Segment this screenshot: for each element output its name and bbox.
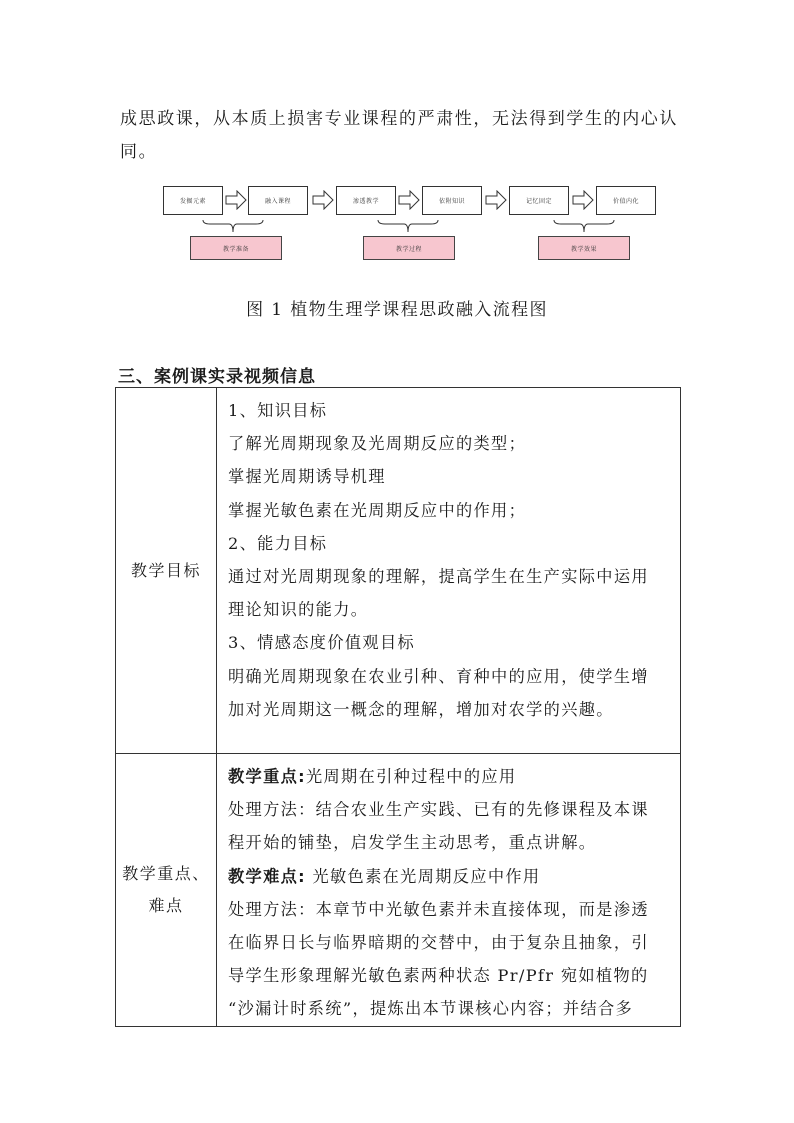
- flow-step-box: 发掘元素: [163, 186, 223, 215]
- flow-step-box: 渗透教学: [336, 186, 396, 215]
- row-content: 1、知识目标 了解光周期现象及光周期反应的类型； 掌握光周期诱导机理 掌握光敏色…: [217, 388, 681, 754]
- table-row: 教学重点、 难点 教学重点:光周期在引种过程中的应用 处理方法：结合农业生产实践…: [116, 754, 681, 1027]
- difficulty-text: 光敏色素在光周期反应中作用: [306, 867, 540, 886]
- curly-brace-icon: [553, 218, 615, 236]
- content-line: 处理方法：本章节中光敏色素并未直接体现，而是渗透: [228, 893, 674, 926]
- flow-step-box: 价值内化: [596, 186, 656, 215]
- content-line: 导学生形象理解光敏色素两种状态 Pr/Pfr 宛如植物的: [228, 959, 674, 992]
- difficulty-line: 教学难点: 光敏色素在光周期反应中作用: [228, 860, 674, 893]
- right-arrow-icon: [398, 190, 420, 210]
- content-line: 程开始的铺垫，启发学生主动思考，重点讲解。: [228, 826, 674, 859]
- content-line: “沙漏计时系统”，提炼出本节课核心内容；并结合多: [228, 992, 674, 1025]
- flow-diagram: 发掘元素 融入课程 渗透教学 依附知识 记忆固定 价值内化 教学准备 教学过程 …: [0, 0, 794, 280]
- difficulty-title: 教学难点:: [228, 867, 306, 886]
- content-line: 处理方法：结合农业生产实践、已有的先修课程及本课: [228, 793, 674, 826]
- content-line: 1、知识目标: [228, 394, 674, 427]
- right-arrow-icon: [312, 190, 334, 210]
- stage-box: 教学过程: [363, 236, 455, 260]
- row-content: 教学重点:光周期在引种过程中的应用 处理方法：结合农业生产实践、已有的先修课程及…: [217, 754, 681, 1027]
- key-point-title: 教学重点:: [228, 767, 306, 786]
- right-arrow-icon: [485, 190, 507, 210]
- row-label: 教学目标: [116, 388, 217, 754]
- right-arrow-icon: [225, 190, 247, 210]
- section-heading: 三、案例课实录视频信息: [118, 362, 316, 387]
- content-line: 理论知识的能力。: [228, 593, 674, 626]
- content-line: 掌握光敏色素在光周期反应中的作用；: [228, 494, 674, 527]
- key-point-line: 教学重点:光周期在引种过程中的应用: [228, 760, 674, 793]
- row-label: 教学重点、 难点: [116, 754, 217, 1027]
- content-line: 3、情感态度价值观目标: [228, 626, 674, 659]
- content-line: 明确光周期现象在农业引种、育种中的应用，使学生增: [228, 660, 674, 693]
- flow-step-box: 记忆固定: [509, 186, 569, 215]
- key-point-text: 光周期在引种过程中的应用: [306, 767, 516, 786]
- content-line: 2、能力目标: [228, 527, 674, 560]
- flow-step-box: 依附知识: [422, 186, 482, 215]
- content-line: 通过对光周期现象的理解，提高学生在生产实际中运用: [228, 560, 674, 593]
- content-line: 加对光周期这一概念的理解，增加对农学的兴趣。: [228, 693, 674, 726]
- curly-brace-icon: [377, 218, 439, 236]
- table-row: 教学目标 1、知识目标 了解光周期现象及光周期反应的类型； 掌握光周期诱导机理 …: [116, 388, 681, 754]
- row-label-line: 教学重点、: [116, 858, 216, 890]
- stage-box: 教学效果: [538, 236, 630, 260]
- figure-caption: 图 1 植物生理学课程思政融入流程图: [0, 295, 794, 320]
- content-line: 在临界日长与临界暗期的交替中，由于复杂且抽象，引: [228, 926, 674, 959]
- right-arrow-icon: [572, 190, 594, 210]
- lesson-info-table: 教学目标 1、知识目标 了解光周期现象及光周期反应的类型； 掌握光周期诱导机理 …: [115, 387, 681, 1027]
- curly-brace-icon: [202, 218, 264, 236]
- flow-step-box: 融入课程: [248, 186, 308, 215]
- content-line: 了解光周期现象及光周期反应的类型；: [228, 427, 674, 460]
- content-line: 掌握光周期诱导机理: [228, 460, 674, 493]
- stage-box: 教学准备: [190, 236, 282, 260]
- row-label-line: 难点: [116, 890, 216, 922]
